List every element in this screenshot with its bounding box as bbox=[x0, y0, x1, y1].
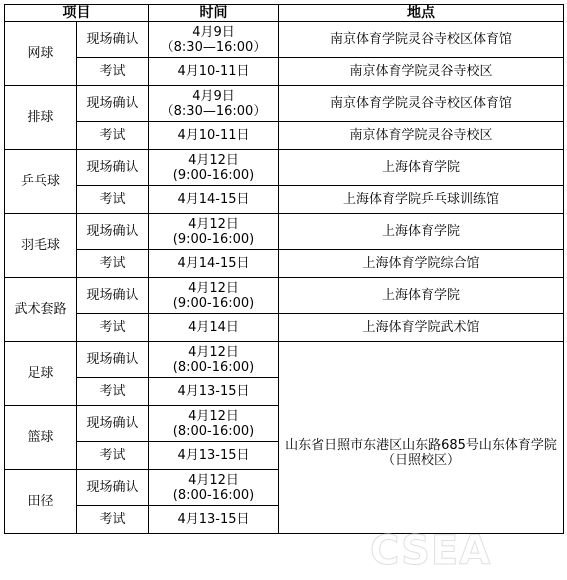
header-row: 项目 时间 地点 bbox=[5, 5, 564, 22]
row-type: 考试 bbox=[77, 122, 149, 150]
row-time: 4月12日(8:00-16:00) bbox=[149, 406, 279, 442]
table-row: 武术套路 现场确认 4月12日(9:00-16:00) 上海体育学院 bbox=[5, 278, 564, 314]
row-type: 现场确认 bbox=[77, 22, 149, 58]
hours: （8:30—16:00） bbox=[149, 104, 278, 119]
row-type: 现场确认 bbox=[77, 150, 149, 186]
watermark-logo: CSEA bbox=[370, 528, 491, 574]
row-type: 考试 bbox=[77, 314, 149, 342]
row-time: 4月12日(9:00-16:00) bbox=[149, 278, 279, 314]
row-type: 考试 bbox=[77, 506, 149, 534]
row-location: 南京体育学院灵谷寺校区 bbox=[279, 58, 564, 86]
exam-schedule-table: 项目 时间 地点 网球 现场确认 4月9日（8:30—16:00） 南京体育学院… bbox=[4, 4, 564, 534]
table-row: 网球 现场确认 4月9日（8:30—16:00） 南京体育学院灵谷寺校区体育馆 bbox=[5, 22, 564, 58]
sport-name: 羽毛球 bbox=[5, 214, 77, 278]
row-time: 4月12日(9:00-16:00) bbox=[149, 214, 279, 250]
row-type: 现场确认 bbox=[77, 342, 149, 378]
date: 4月12日 bbox=[149, 409, 278, 424]
table-row: 考试 4月14-15日 上海体育学院乒乓球训练馆 bbox=[5, 186, 564, 214]
row-type: 考试 bbox=[77, 186, 149, 214]
sport-name: 篮球 bbox=[5, 406, 77, 470]
row-location: 南京体育学院灵谷寺校区体育馆 bbox=[279, 86, 564, 122]
hours: (9:00-16:00) bbox=[149, 168, 278, 183]
hours: (8:00-16:00) bbox=[149, 488, 278, 503]
row-time: 4月10-11日 bbox=[149, 58, 279, 86]
date: 4月12日 bbox=[149, 345, 278, 360]
table-row: 羽毛球 现场确认 4月12日(9:00-16:00) 上海体育学院 bbox=[5, 214, 564, 250]
row-time: 4月12日(8:00-16:00) bbox=[149, 342, 279, 378]
header-item: 项目 bbox=[5, 5, 149, 22]
table-row: 考试 4月10-11日 南京体育学院灵谷寺校区 bbox=[5, 58, 564, 86]
row-type: 考试 bbox=[77, 442, 149, 470]
row-location: 上海体育学院武术馆 bbox=[279, 314, 564, 342]
row-time: 4月14-15日 bbox=[149, 250, 279, 278]
row-location: 上海体育学院 bbox=[279, 150, 564, 186]
hours: (9:00-16:00) bbox=[149, 296, 278, 311]
row-time: 4月12日(8:00-16:00) bbox=[149, 470, 279, 506]
row-type: 现场确认 bbox=[77, 406, 149, 442]
row-type: 考试 bbox=[77, 378, 149, 406]
table-row: 乒乓球 现场确认 4月12日(9:00-16:00) 上海体育学院 bbox=[5, 150, 564, 186]
row-type: 现场确认 bbox=[77, 278, 149, 314]
sport-name: 足球 bbox=[5, 342, 77, 406]
row-type: 现场确认 bbox=[77, 470, 149, 506]
table-row: 足球 现场确认 4月12日(8:00-16:00) 山东省日照市东港区山东路68… bbox=[5, 342, 564, 378]
row-time: 4月12日(9:00-16:00) bbox=[149, 150, 279, 186]
sport-name: 田径 bbox=[5, 470, 77, 534]
sport-name: 网球 bbox=[5, 22, 77, 86]
header-time: 时间 bbox=[149, 5, 279, 22]
row-location: 上海体育学院乒乓球训练馆 bbox=[279, 186, 564, 214]
sport-name: 武术套路 bbox=[5, 278, 77, 342]
date: 4月12日 bbox=[149, 281, 278, 296]
table-row: 考试 4月14-15日 上海体育学院综合馆 bbox=[5, 250, 564, 278]
date: 4月9日 bbox=[149, 25, 278, 40]
table-row: 考试 4月14日 上海体育学院武术馆 bbox=[5, 314, 564, 342]
row-time: 4月9日（8:30—16:00） bbox=[149, 22, 279, 58]
date: 4月12日 bbox=[149, 473, 278, 488]
hours: (8:00-16:00) bbox=[149, 424, 278, 439]
row-time: 4月14日 bbox=[149, 314, 279, 342]
row-location: 南京体育学院灵谷寺校区体育馆 bbox=[279, 22, 564, 58]
row-type: 现场确认 bbox=[77, 214, 149, 250]
date: 4月12日 bbox=[149, 217, 278, 232]
date: 4月9日 bbox=[149, 89, 278, 104]
row-location: 南京体育学院灵谷寺校区 bbox=[279, 122, 564, 150]
table-row: 排球 现场确认 4月9日（8:30—16:00） 南京体育学院灵谷寺校区体育馆 bbox=[5, 86, 564, 122]
hours: (8:00-16:00) bbox=[149, 360, 278, 375]
table-row: 考试 4月10-11日 南京体育学院灵谷寺校区 bbox=[5, 122, 564, 150]
row-time: 4月13-15日 bbox=[149, 506, 279, 534]
sport-name: 排球 bbox=[5, 86, 77, 150]
row-location: 上海体育学院综合馆 bbox=[279, 250, 564, 278]
row-type: 现场确认 bbox=[77, 86, 149, 122]
row-type: 考试 bbox=[77, 58, 149, 86]
hours: (9:00-16:00) bbox=[149, 232, 278, 247]
row-time: 4月13-15日 bbox=[149, 442, 279, 470]
date: 4月12日 bbox=[149, 153, 278, 168]
row-time: 4月14-15日 bbox=[149, 186, 279, 214]
hours: （8:30—16:00） bbox=[149, 40, 278, 55]
row-time: 4月13-15日 bbox=[149, 378, 279, 406]
merged-location: 山东省日照市东港区山东路685号山东体育学院（日照校区） bbox=[279, 342, 564, 534]
row-location: 上海体育学院 bbox=[279, 214, 564, 250]
row-type: 考试 bbox=[77, 250, 149, 278]
sport-name: 乒乓球 bbox=[5, 150, 77, 214]
row-time: 4月9日（8:30—16:00） bbox=[149, 86, 279, 122]
header-location: 地点 bbox=[279, 5, 564, 22]
row-time: 4月10-11日 bbox=[149, 122, 279, 150]
row-location: 上海体育学院 bbox=[279, 278, 564, 314]
